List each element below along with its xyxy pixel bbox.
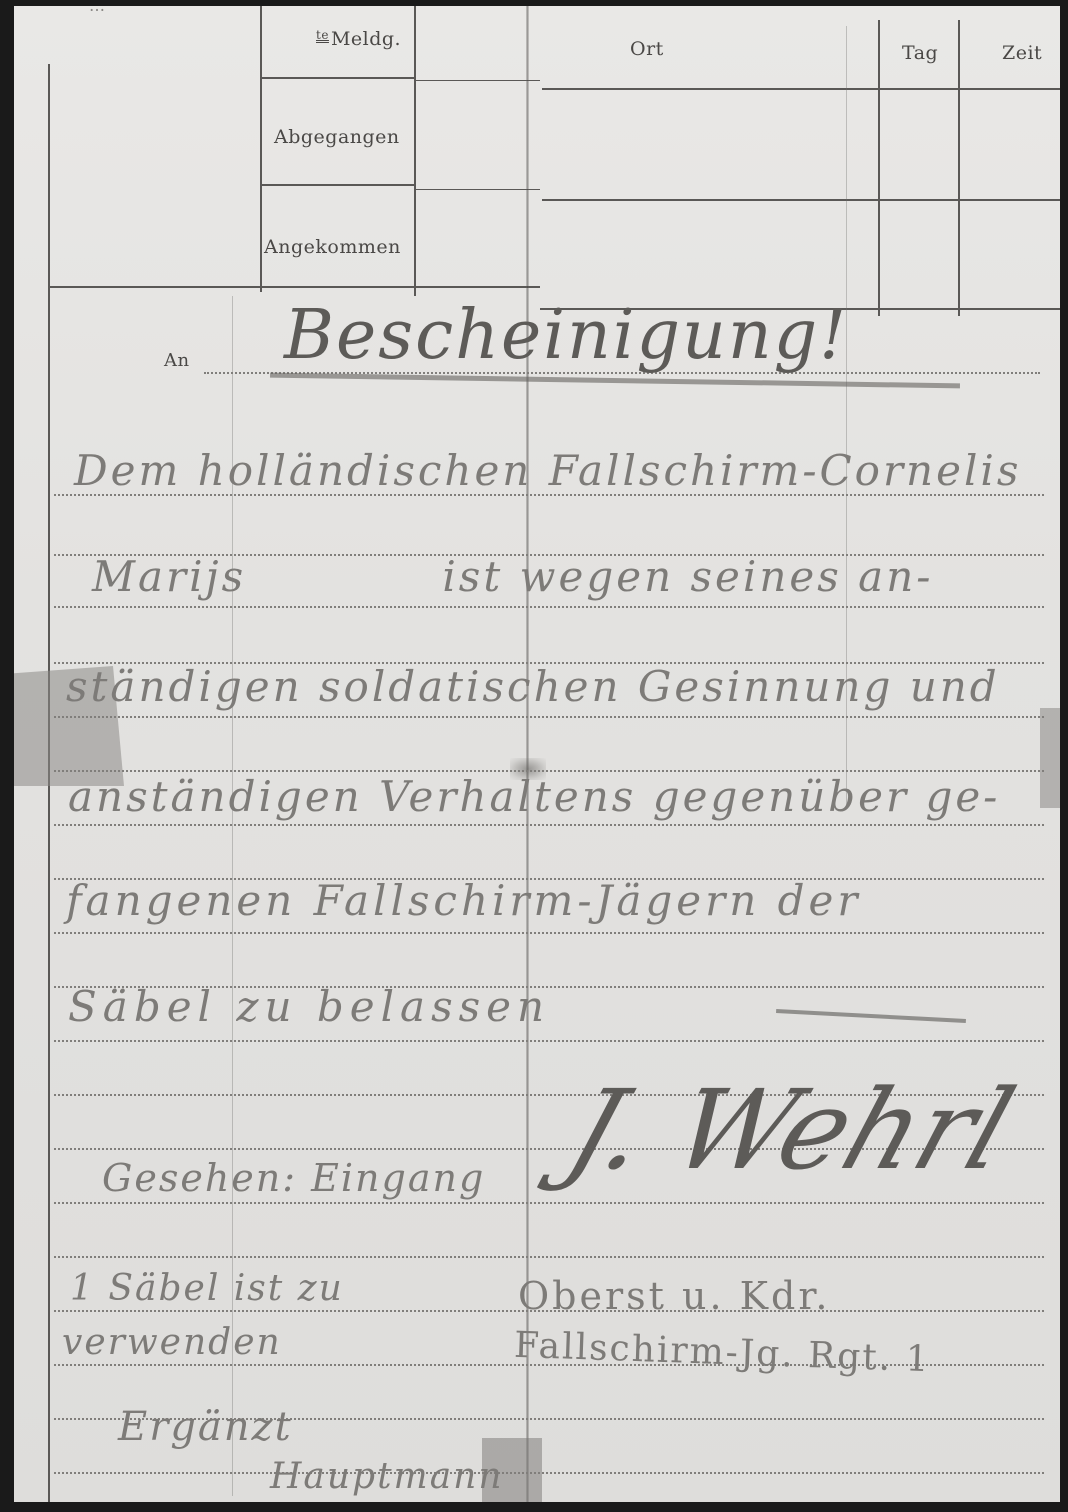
top-cut-text: … [89, 0, 106, 15]
writing-line [54, 1202, 1044, 1204]
header-row-line-1c [542, 88, 1060, 90]
meldung-prefix: te [316, 28, 329, 42]
header-col-line-1 [260, 6, 262, 292]
header-col-line-3 [878, 20, 880, 316]
body-line-3: ständigen soldatischen Gesinnung und [66, 662, 1000, 711]
writing-line [54, 606, 1044, 608]
body-line-6: Säbel zu belassen [68, 982, 550, 1031]
header-col-line-2 [414, 6, 416, 296]
tag-label: Tag [902, 42, 938, 64]
header-bottom-line-left [50, 286, 540, 288]
writing-line [54, 824, 1044, 826]
header-row-line-2b [416, 189, 540, 190]
annotation-line-2: 1 Säbel ist zu [70, 1268, 344, 1309]
writing-line [54, 1040, 1044, 1042]
signature-unit-line: Fallschirm-Jg. Rgt. 1 [513, 1325, 931, 1381]
writing-line [54, 932, 1044, 934]
ort-label: Ort [630, 38, 664, 60]
meldung-text: Meldg. [331, 28, 401, 50]
angekommen-label: Angekommen [264, 236, 401, 258]
writing-line [54, 1472, 1044, 1474]
header-col-line-4 [958, 20, 960, 316]
annotation-line-3: verwenden [62, 1322, 282, 1363]
meldung-label: teMeldg. [316, 28, 401, 50]
an-label: An [164, 350, 190, 371]
tape-right [1040, 708, 1060, 808]
abgegangen-label: Abgegangen [274, 126, 400, 148]
writing-line [54, 1256, 1044, 1258]
header-row-line-1b [416, 80, 540, 81]
annotation-line-4: Ergänzt [118, 1404, 293, 1450]
closing-flourish [776, 1009, 966, 1023]
body-line-5: fangenen Fallschirm-Jägern der [66, 876, 861, 925]
header-row-line-2c [542, 199, 1060, 201]
commander-signature: J. Wehrl [553, 1066, 1028, 1194]
header-row-line-1a [262, 77, 414, 79]
signature-rank-line: Oberst u. Kdr. [518, 1274, 830, 1318]
document-paper: … teMeldg. Abgegangen Angekommen Ort Tag… [14, 6, 1060, 1502]
body-line-1: Dem holländischen Fallschirm-Cornelis [74, 446, 1021, 495]
annotation-line-1: Gesehen: Eingang [102, 1156, 485, 1200]
writing-line [54, 716, 1044, 718]
body-line-2: Marijs ist wegen seines an- [92, 552, 933, 601]
header-row-line-2a [262, 184, 414, 186]
body-line-4: anständigen Verhaltens gegenüber ge- [68, 772, 1000, 821]
zeit-label: Zeit [1002, 42, 1042, 64]
annotation-line-5: Hauptmann [270, 1456, 504, 1497]
document-title: Bescheinigung! [284, 296, 849, 375]
